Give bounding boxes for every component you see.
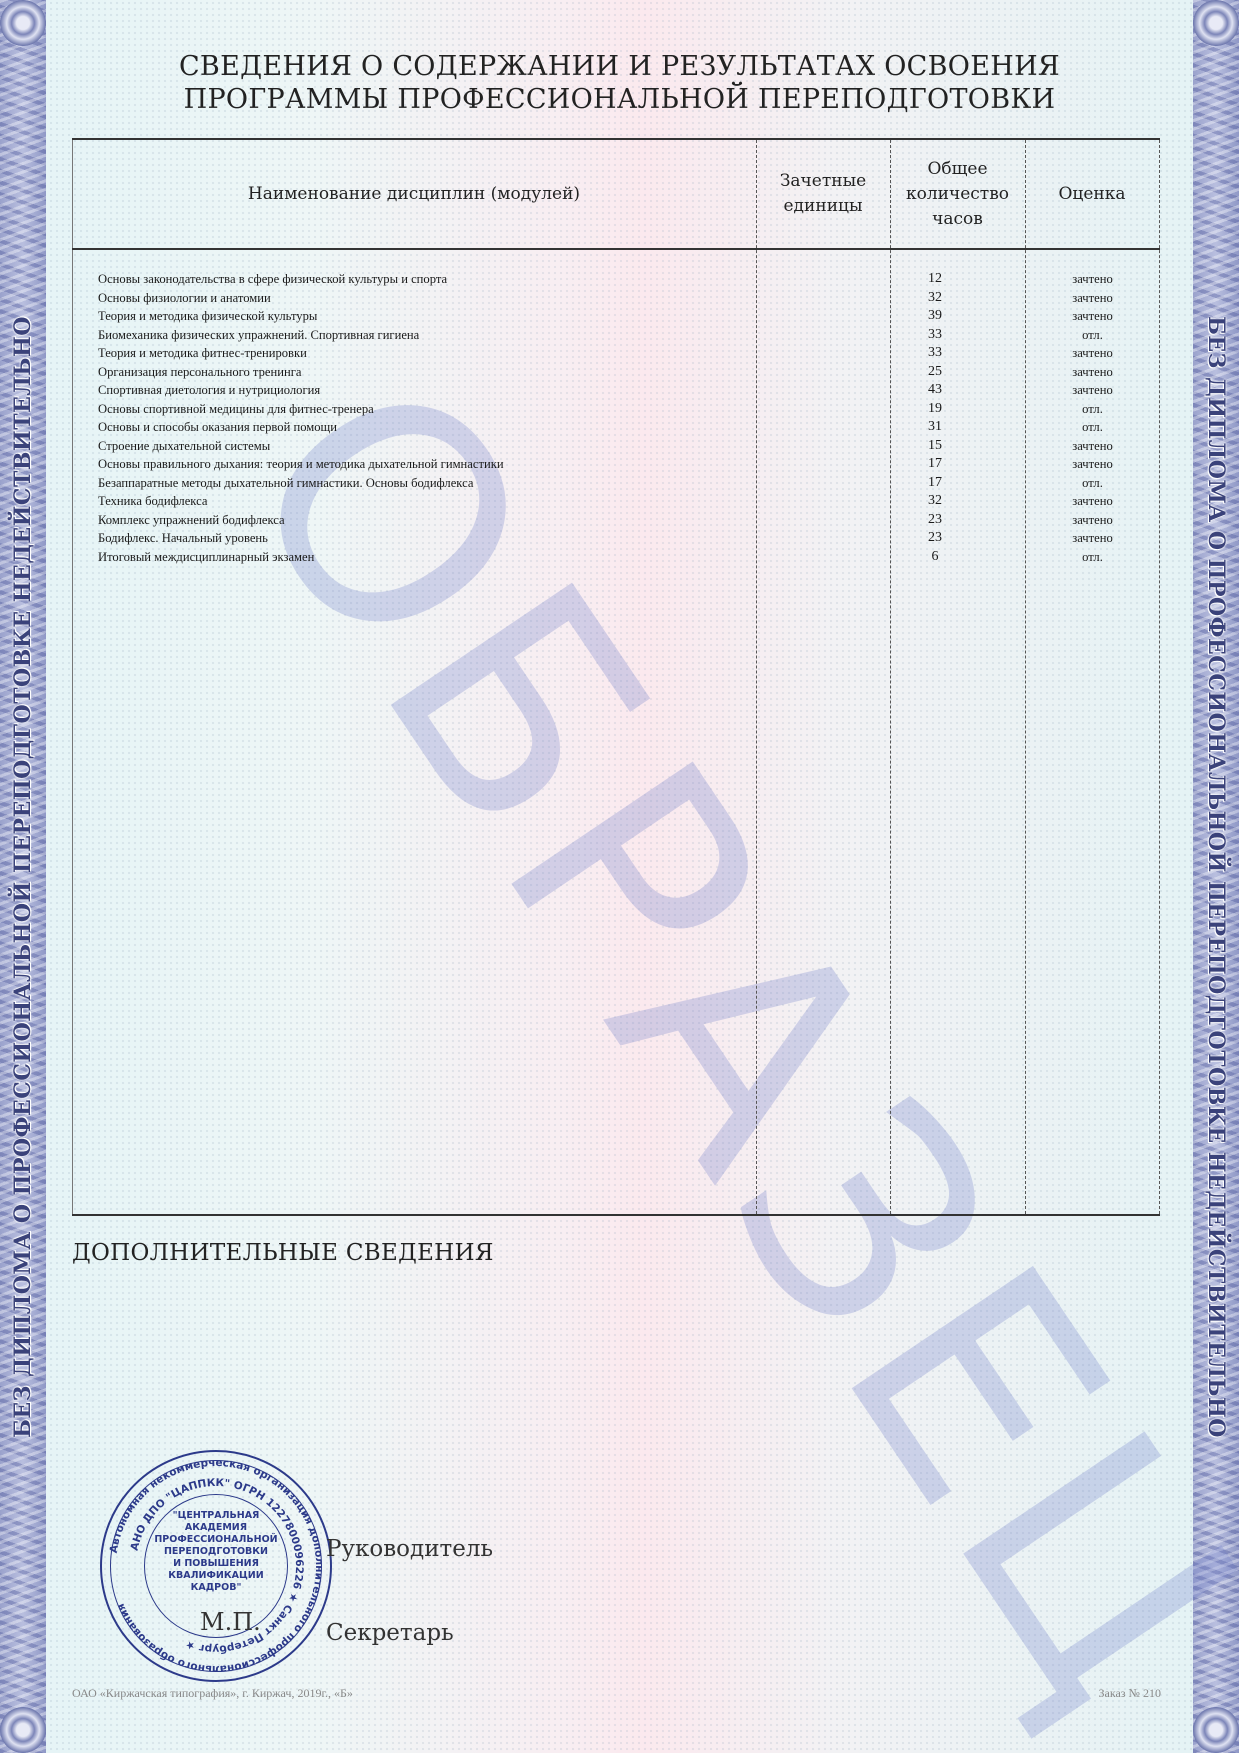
corner-rosette-icon bbox=[0, 0, 46, 46]
table-row: Биомеханика физических упражнений. Спорт… bbox=[72, 326, 1160, 345]
table-row: Основы и способы оказания первой помощи3… bbox=[72, 418, 1160, 437]
table-row: Техника бодифлекса32зачтено bbox=[72, 492, 1160, 511]
header-hours-line-2: количество bbox=[906, 182, 1009, 207]
grade-value: зачтено bbox=[1025, 307, 1160, 326]
hours-value: 31 bbox=[890, 418, 980, 437]
seal-center-line: ПРОФЕССИОНАЛЬНОЙ bbox=[144, 1534, 288, 1546]
discipline-name: Теория и методика физической культуры bbox=[98, 307, 317, 326]
right-security-border: БЕЗ ДИПЛОМА О ПРОФЕССИОНАЛЬНОЙ ПЕРЕПОДГО… bbox=[1193, 0, 1239, 1753]
hours-value: 15 bbox=[890, 437, 980, 456]
table-row: Организация персонального тренинга25зачт… bbox=[72, 363, 1160, 382]
corner-rosette-icon bbox=[1193, 1707, 1239, 1753]
hours-value: 12 bbox=[890, 270, 980, 289]
header-credits: Зачетныеединицы bbox=[756, 140, 890, 248]
discipline-name: Итоговый междисциплинарный экзамен bbox=[98, 548, 314, 567]
grade-value: отл. bbox=[1025, 400, 1160, 419]
grade-value: отл. bbox=[1025, 326, 1160, 345]
grade-value: зачтено bbox=[1025, 363, 1160, 382]
hours-value: 19 bbox=[890, 400, 980, 419]
discipline-name: Строение дыхательной системы bbox=[98, 437, 270, 456]
corner-rosette-icon bbox=[0, 1707, 46, 1753]
signature-head-label: Руководитель bbox=[326, 1536, 493, 1562]
table-row: Бодифлекс. Начальный уровень23зачтено bbox=[72, 529, 1160, 548]
hours-value: 17 bbox=[890, 455, 980, 474]
grade-value: зачтено bbox=[1025, 289, 1160, 308]
discipline-name: Основы законодательства в сфере физическ… bbox=[98, 270, 447, 289]
grade-value: отл. bbox=[1025, 548, 1160, 567]
header-discipline: Наименование дисциплин (модулей) bbox=[72, 140, 756, 248]
grade-value: зачтено bbox=[1025, 437, 1160, 456]
disciplines-table: Наименование дисциплин (модулей) Зачетны… bbox=[72, 138, 1160, 1216]
header-grade: Оценка bbox=[1025, 140, 1159, 248]
signature-secretary-label: Секретарь bbox=[326, 1620, 454, 1646]
discipline-name: Биомеханика физических упражнений. Спорт… bbox=[98, 326, 419, 345]
header-hours: Общееколичествочасов bbox=[890, 140, 1025, 248]
discipline-name: Комплекс упражнений бодифлекса bbox=[98, 511, 285, 530]
hours-value: 32 bbox=[890, 492, 980, 511]
discipline-name: Основы физиологии и анатомии bbox=[98, 289, 271, 308]
discipline-name: Безаппаратные методы дыхательной гимнаст… bbox=[98, 474, 473, 493]
corner-rosette-icon bbox=[1193, 0, 1239, 46]
header-hours-line-1: Общее bbox=[906, 157, 1009, 182]
grade-value: отл. bbox=[1025, 474, 1160, 493]
grade-value: зачтено bbox=[1025, 270, 1160, 289]
title-line-1: СВЕДЕНИЯ О СОДЕРЖАНИИ И РЕЗУЛЬТАТАХ ОСВО… bbox=[0, 50, 1239, 83]
hours-value: 33 bbox=[890, 344, 980, 363]
discipline-name: Организация персонального тренинга bbox=[98, 363, 301, 382]
grade-value: отл. bbox=[1025, 418, 1160, 437]
table-row: Комплекс упражнений бодифлекса23зачтено bbox=[72, 511, 1160, 530]
grade-value: зачтено bbox=[1025, 492, 1160, 511]
seal-center-text: "ЦЕНТРАЛЬНАЯАКАДЕМИЯПРОФЕССИОНАЛЬНОЙПЕРЕ… bbox=[144, 1510, 288, 1594]
seal-center-line: И ПОВЫШЕНИЯ bbox=[144, 1558, 288, 1570]
table-body: Основы законодательства в сфере физическ… bbox=[72, 270, 1160, 566]
additional-info-heading: ДОПОЛНИТЕЛЬНЫЕ СВЕДЕНИЯ bbox=[72, 1240, 494, 1266]
table-row: Строение дыхательной системы15зачтено bbox=[72, 437, 1160, 456]
document-title: СВЕДЕНИЯ О СОДЕРЖАНИИ И РЕЗУЛЬТАТАХ ОСВО… bbox=[0, 50, 1239, 116]
header-hours-line-3: часов bbox=[906, 207, 1009, 232]
seal-center-line: АКАДЕМИЯ bbox=[144, 1522, 288, 1534]
left-security-border: БЕЗ ДИПЛОМА О ПРОФЕССИОНАЛЬНОЙ ПЕРЕПОДГО… bbox=[0, 0, 46, 1753]
title-line-2: ПРОГРАММЫ ПРОФЕССИОНАЛЬНОЙ ПЕРЕПОДГОТОВК… bbox=[0, 83, 1239, 116]
hours-value: 6 bbox=[890, 548, 980, 567]
printer-imprint: ОАО «Киржачская типография», г. Киржач, … bbox=[72, 1686, 353, 1701]
grade-value: зачтено bbox=[1025, 381, 1160, 400]
hours-value: 39 bbox=[890, 307, 980, 326]
discipline-name: Основы правильного дыхания: теория и мет… bbox=[98, 455, 504, 474]
discipline-name: Основы спортивной медицины для фитнес-тр… bbox=[98, 400, 374, 419]
discipline-name: Спортивная диетология и нутрициология bbox=[98, 381, 320, 400]
left-border-text: БЕЗ ДИПЛОМА О ПРОФЕССИОНАЛЬНОЙ ПЕРЕПОДГО… bbox=[10, 316, 36, 1438]
table-row: Теория и методика физической культуры39з… bbox=[72, 307, 1160, 326]
hours-value: 17 bbox=[890, 474, 980, 493]
seal-center-line: "ЦЕНТРАЛЬНАЯ bbox=[144, 1510, 288, 1522]
seal-center-line: КВАЛИФИКАЦИИ bbox=[144, 1570, 288, 1582]
table-row: Итоговый междисциплинарный экзамен6отл. bbox=[72, 548, 1160, 567]
discipline-name: Техника бодифлекса bbox=[98, 492, 207, 511]
grade-value: зачтено bbox=[1025, 529, 1160, 548]
right-border-text: БЕЗ ДИПЛОМА О ПРОФЕССИОНАЛЬНОЙ ПЕРЕПОДГО… bbox=[1203, 316, 1229, 1438]
seal-center-line: ПЕРЕПОДГОТОВКИ bbox=[144, 1546, 288, 1558]
grade-value: зачтено bbox=[1025, 344, 1160, 363]
table-row: Основы физиологии и анатомии32зачтено bbox=[72, 289, 1160, 308]
discipline-name: Теория и методика фитнес-тренировки bbox=[98, 344, 307, 363]
order-number: Заказ № 210 bbox=[1098, 1686, 1161, 1701]
header-divider bbox=[72, 248, 1160, 250]
official-seal: Автономная некоммерческая организация до… bbox=[100, 1450, 332, 1682]
grade-value: зачтено bbox=[1025, 511, 1160, 530]
discipline-name: Основы и способы оказания первой помощи bbox=[98, 418, 337, 437]
header-credits-line-1: Зачетные bbox=[780, 169, 866, 194]
header-credits-line-2: единицы bbox=[780, 194, 866, 219]
hours-value: 23 bbox=[890, 511, 980, 530]
hours-value: 32 bbox=[890, 289, 980, 308]
table-row: Безаппаратные методы дыхательной гимнаст… bbox=[72, 474, 1160, 493]
hours-value: 23 bbox=[890, 529, 980, 548]
table-row: Основы законодательства в сфере физическ… bbox=[72, 270, 1160, 289]
table-row: Основы правильного дыхания: теория и мет… bbox=[72, 455, 1160, 474]
seal-place-mark: М.П. bbox=[200, 1608, 261, 1636]
seal-center-line: КАДРОВ" bbox=[144, 1582, 288, 1594]
hours-value: 43 bbox=[890, 381, 980, 400]
hours-value: 33 bbox=[890, 326, 980, 345]
hours-value: 25 bbox=[890, 363, 980, 382]
grade-value: зачтено bbox=[1025, 455, 1160, 474]
table-row: Теория и методика фитнес-тренировки33зач… bbox=[72, 344, 1160, 363]
table-row: Спортивная диетология и нутрициология43з… bbox=[72, 381, 1160, 400]
discipline-name: Бодифлекс. Начальный уровень bbox=[98, 529, 268, 548]
table-row: Основы спортивной медицины для фитнес-тр… bbox=[72, 400, 1160, 419]
